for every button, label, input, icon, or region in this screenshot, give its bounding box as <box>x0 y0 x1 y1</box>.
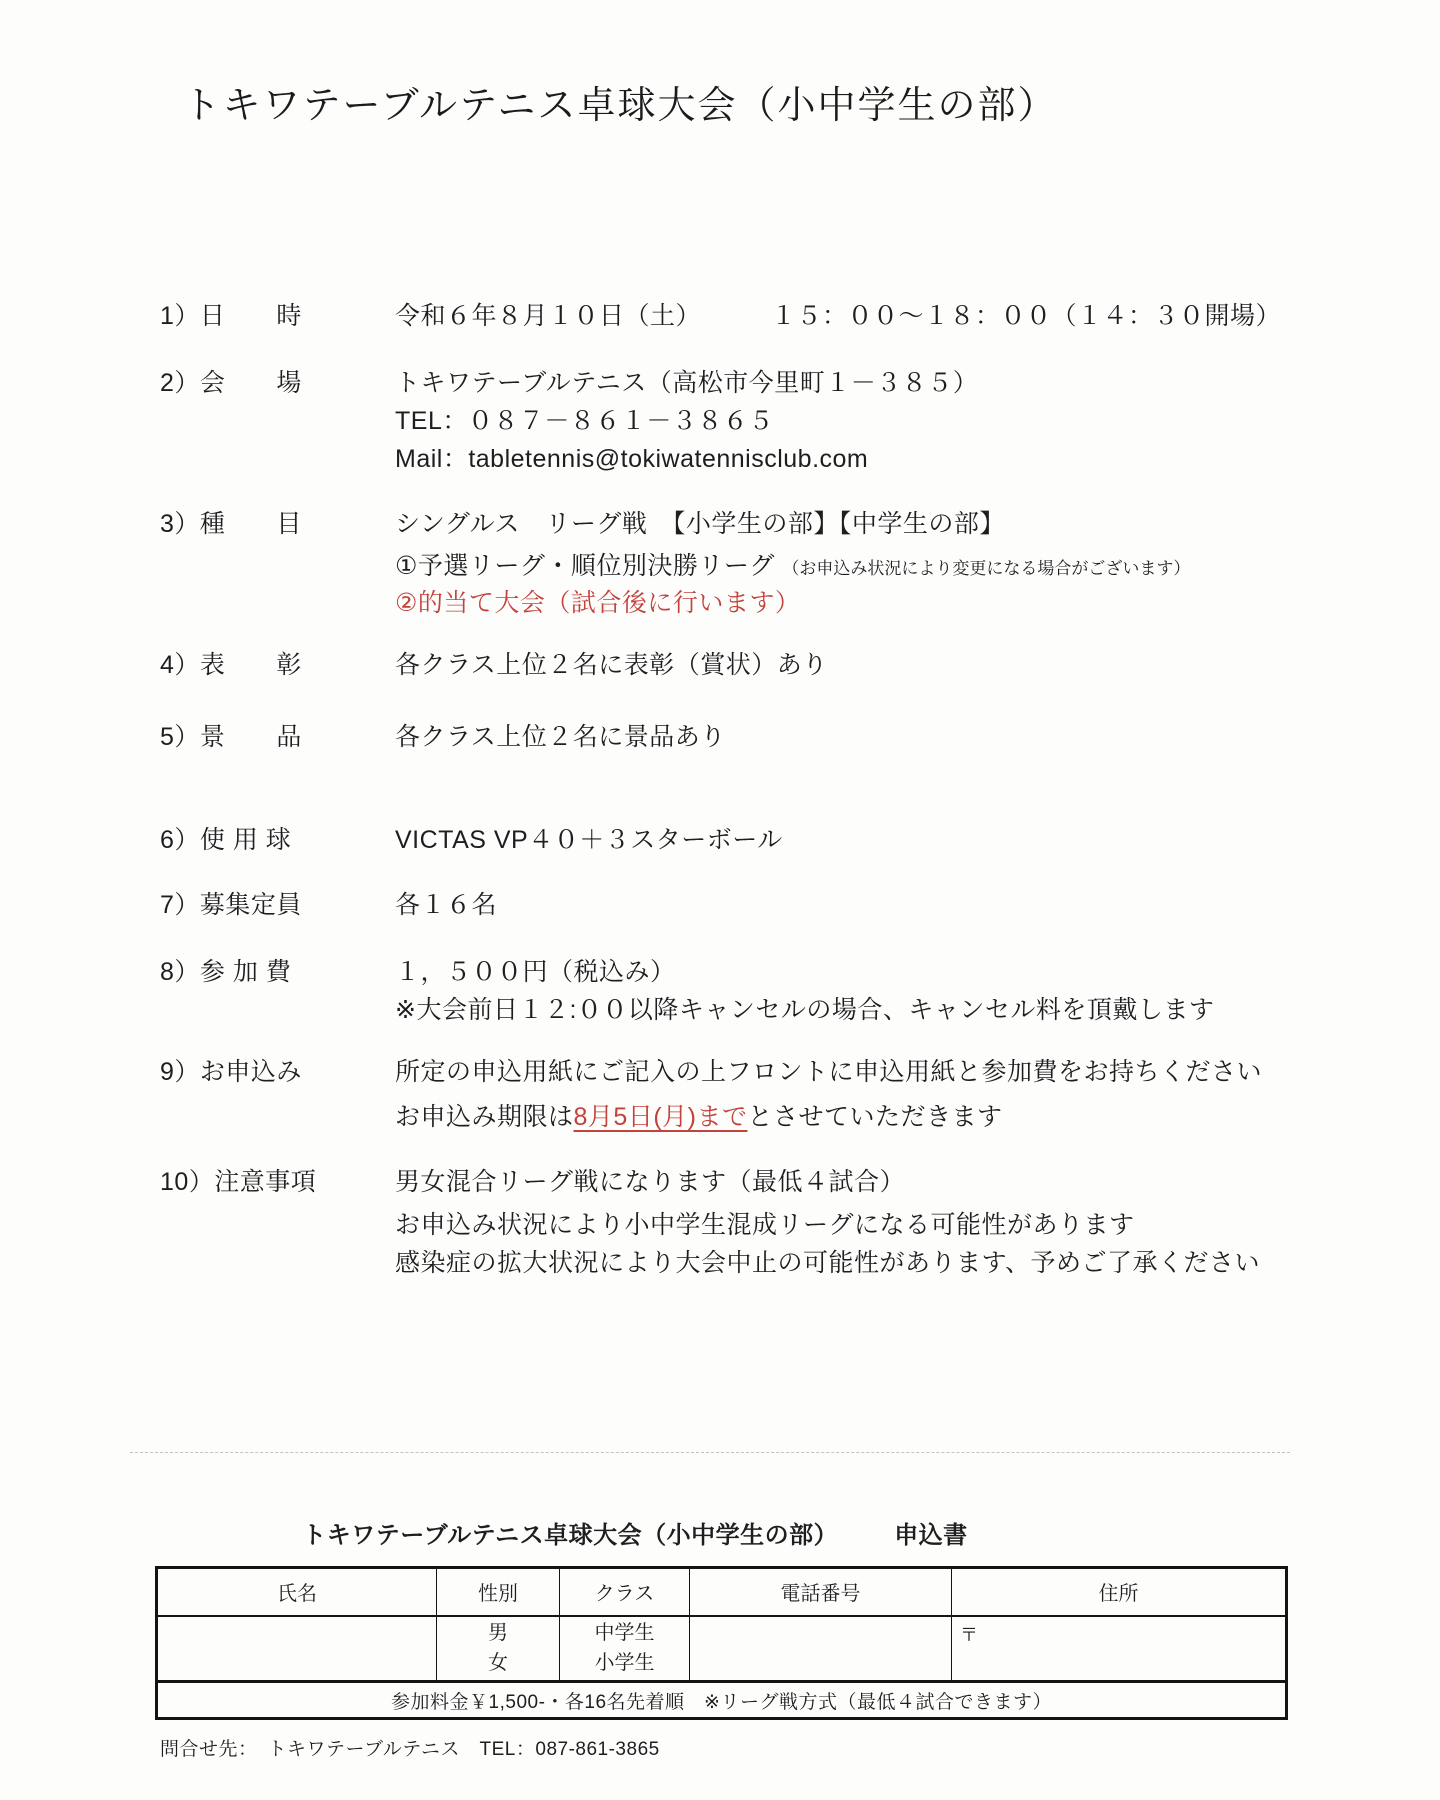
header-address: 住所 <box>952 1568 1287 1616</box>
item-fee-label: 8）参 加 費 <box>160 953 395 991</box>
application-deadline-post: とさせていただきます <box>747 1103 1002 1131</box>
events-main: シングルス リーグ戦 【小学生の部】【中学生の部】 <box>395 505 1320 543</box>
application-line1: 所定の申込用紙にご記入の上フロントに申込用紙と参加費をお持ちください <box>395 1053 1320 1091</box>
item-notes-label: 10）注意事項 <box>160 1163 395 1201</box>
notes-line1: 男女混合リーグ戦になります（最低４試合） <box>395 1163 1320 1201</box>
form-header-row: 氏名 性別 クラス 電話番号 住所 <box>157 1568 1287 1616</box>
form-entry-row: 男 女 中学生 小学生 〒 <box>157 1616 1287 1682</box>
ball-value: VICTAS VP４０＋３スターボール <box>395 821 1320 859</box>
item-events-label: 3）種 目 <box>160 505 395 543</box>
sex-option-female: 女 <box>437 1650 559 1676</box>
notes-line3: 感染症の拡大状況により大会中止の可能性があります、予めご了承ください <box>395 1244 1320 1282</box>
capacity-value: 各１６名 <box>395 886 1320 924</box>
item-ball-label: 6）使 用 球 <box>160 821 395 859</box>
item-application: 9）お申込み 所定の申込用紙にご記入の上フロントに申込用紙と参加費をお持ちくださ… <box>160 1053 1320 1136</box>
item-venue-label: 2）会 場 <box>160 364 395 402</box>
name-entry-cell <box>157 1616 437 1682</box>
postal-mark: 〒 <box>960 1625 978 1645</box>
application-deadline: 8月5日(月)まで <box>574 1103 748 1131</box>
item-awards-label: 4）表 彰 <box>160 646 395 684</box>
application-form-title: トキワテーブルテニス卓球大会（小中学生の部）申込書 <box>0 1515 1355 1550</box>
item-datetime-label: 1）日 時 <box>160 297 395 335</box>
item-application-label: 9）お申込み <box>160 1053 395 1091</box>
sex-options-cell: 男 女 <box>437 1616 560 1682</box>
header-name: 氏名 <box>157 1568 437 1616</box>
application-deadline-pre: お申込み期限は <box>395 1103 574 1131</box>
item-prizes-label: 5）景 品 <box>160 718 395 756</box>
venue-tel: TEL：０８７－８６１－３８６５ <box>395 402 1320 440</box>
header-sex: 性別 <box>437 1568 560 1616</box>
item-datetime: 1）日 時 令和６年８月１０日（土） １５：００～１８：００（１４：３０開場） <box>160 297 1320 335</box>
events-sub1-note: （お申込み状況により変更になる場合がございます） <box>782 559 1190 578</box>
form-title-main: トキワテーブルテニス卓球大会（小中学生の部） <box>302 1522 838 1549</box>
header-class: クラス <box>560 1568 690 1616</box>
form-footer-row: 参加料金￥1,500-・各16名先着順 ※リーグ戦方式（最低４試合できます） <box>157 1682 1287 1719</box>
awards-value: 各クラス上位２名に表彰（賞状）あり <box>395 646 1320 684</box>
item-fee: 8）参 加 費 １，５００円（税込み） ※大会前日１２:００以降キャンセルの場合… <box>160 953 1320 1029</box>
fee-cancel-note: ※大会前日１２:００以降キャンセルの場合、キャンセル料を頂戴します <box>395 991 1320 1029</box>
header-tel: 電話番号 <box>690 1568 952 1616</box>
item-capacity: 7）募集定員 各１６名 <box>160 886 1320 924</box>
event-time: １５：００～１８：００（１４：３０開場） <box>771 297 1281 335</box>
class-option-elementary: 小学生 <box>560 1650 689 1676</box>
item-venue: 2）会 場 トキワテーブルテニス（高松市今里町１－３８５） TEL：０８７－８６… <box>160 364 1320 478</box>
application-form-table: 氏名 性別 クラス 電話番号 住所 男 女 中学生 小 <box>155 1566 1288 1720</box>
class-option-junior-high: 中学生 <box>560 1620 689 1646</box>
flyer-page: トキワテーブルテニス卓球大会（小中学生の部） 1）日 時 令和６年８月１０日（土… <box>0 0 1440 1800</box>
class-options-cell: 中学生 小学生 <box>560 1616 690 1682</box>
item-awards: 4）表 彰 各クラス上位２名に表彰（賞状）あり <box>160 646 1320 684</box>
info-list: 1）日 時 令和６年８月１０日（土） １５：００～１８：００（１４：３０開場） … <box>0 297 1440 1282</box>
events-sub2-highlight: ②的当て大会（試合後に行います） <box>395 586 1320 620</box>
address-entry-cell: 〒 <box>952 1616 1287 1682</box>
prizes-value: 各クラス上位２名に景品あり <box>395 718 1320 756</box>
event-date: 令和６年８月１０日（土） <box>395 297 701 335</box>
contact-info: 問合せ先： トキワテーブルテニス TEL：087-861-3865 <box>160 1734 1440 1761</box>
form-footer-note: 参加料金￥1,500-・各16名先着順 ※リーグ戦方式（最低４試合できます） <box>157 1682 1287 1719</box>
item-prizes: 5）景 品 各クラス上位２名に景品あり <box>160 718 1320 756</box>
item-ball: 6）使 用 球 VICTAS VP４０＋３スターボール <box>160 821 1320 859</box>
page-title: トキワテーブルテニス卓球大会（小中学生の部） <box>0 74 1340 129</box>
events-sub1: ①予選リーグ・順位別決勝リーグ <box>395 552 782 580</box>
venue-mail: Mail：tabletennis@tokiwatennisclub.com <box>395 440 1320 478</box>
fee-value: １，５００円（税込み） <box>395 953 1320 991</box>
item-notes: 10）注意事項 男女混合リーグ戦になります（最低４試合） お申込み状況により小中… <box>160 1163 1320 1282</box>
sex-option-male: 男 <box>437 1620 559 1646</box>
item-events: 3）種 目 シングルス リーグ戦 【小学生の部】【中学生の部】 ①予選リーグ・順… <box>160 505 1320 620</box>
item-capacity-label: 7）募集定員 <box>160 886 395 924</box>
section-divider <box>130 1452 1290 1453</box>
form-title-suffix: 申込書 <box>894 1522 968 1549</box>
venue-name: トキワテーブルテニス（高松市今里町１－３８５） <box>395 364 1320 402</box>
tel-entry-cell <box>690 1616 952 1682</box>
notes-line2: お申込み状況により小中学生混成リーグになる可能性があります <box>395 1206 1320 1244</box>
